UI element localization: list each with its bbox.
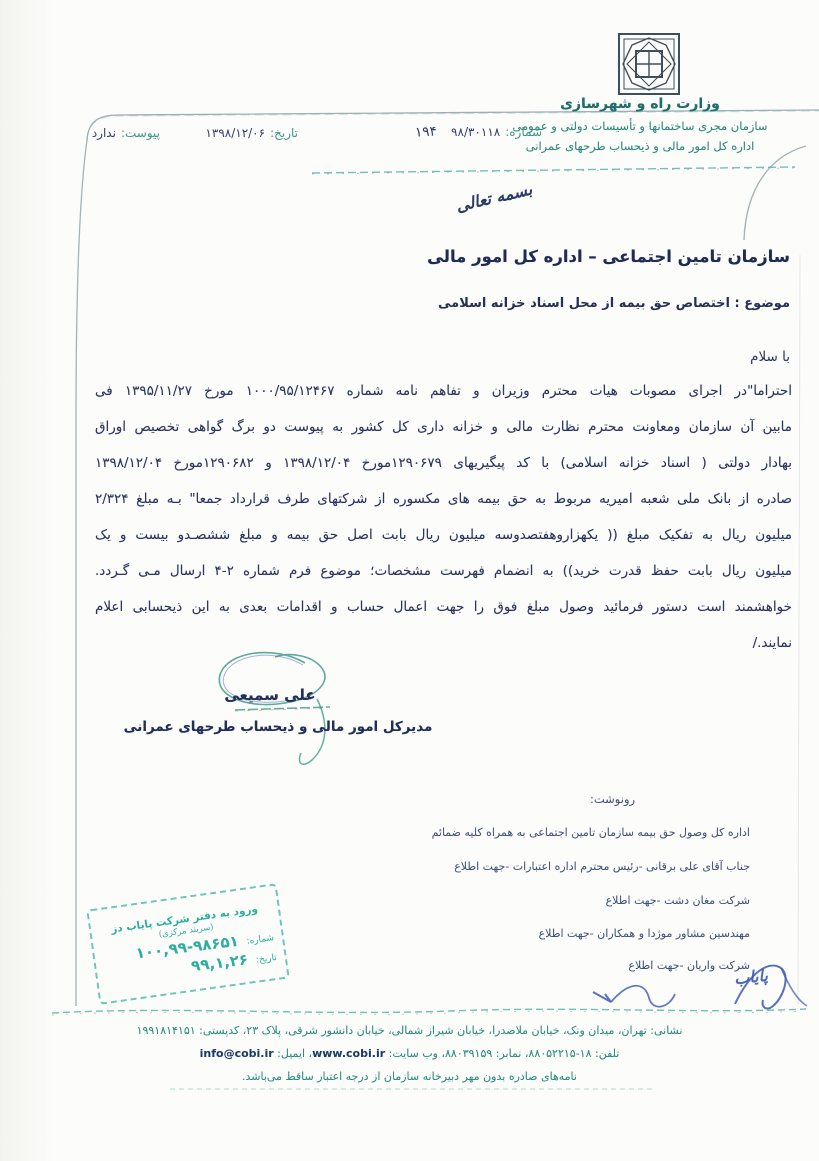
cc-item: شرکت مغان دشت -جهت اطلاع — [300, 894, 750, 907]
letter-number-field: شماره:۹۸/۳۰۱۱۸۱۹۴ — [372, 124, 542, 140]
ministry-emblem-icon — [616, 31, 682, 97]
footer-address: نشانی: تهران، میدان ونک، خیابان ملاصدرا،… — [0, 1024, 819, 1037]
signer-title: مدیرکل امور مالی و ذیحساب طرحهای عمرانی — [120, 719, 436, 735]
cc-item: اداره کل وصول حق بیمه سازمان تامین اجتما… — [300, 826, 750, 839]
stamp-number-label: شماره: — [246, 933, 275, 947]
signature-scribble — [205, 643, 365, 778]
letter-date-field: تاریخ:۱۳۹۸/۱۲/۰۶ — [158, 126, 298, 140]
footer-email-label: ، ایمیل: — [274, 1047, 312, 1060]
body-line: خواهشمند است دستور فرمائید وصول مبلغ فوق… — [95, 599, 792, 631]
body-line: احتراما"در اجرای مصوبات هیات محترم وزیرا… — [95, 383, 792, 415]
date-value: ۱۳۹۸/۱۲/۰۶ — [205, 126, 265, 140]
number-label: شماره: — [505, 125, 542, 139]
footer-email: info@cobi.ir — [200, 1047, 274, 1060]
body-line: مابین آن سازمان ومعاونت محترم نظارت مالی… — [95, 419, 792, 451]
salutation: با سلام — [560, 349, 790, 365]
attachment-label: پیوست: — [121, 126, 160, 140]
cc-item: جناب آقای علی برقانی -رئیس محترم اداره ا… — [300, 860, 750, 873]
letter-attachment-field: پیوست:ندارد — [60, 126, 160, 140]
cc-item: مهندسین مشاور موژدا و همکاران -جهت اطلاع — [300, 927, 750, 940]
body-line: میلیون ریال بابت حفظ قدرت خرید)) به انضم… — [95, 563, 792, 595]
footer-contact: تلفن: ۱۸-۸۸۰۵۲۲۱۵، نمابر: ۸۸۰۳۹۱۵۹، وب س… — [0, 1047, 819, 1060]
date-label: تاریخ: — [270, 126, 298, 140]
footer-disclaimer: نامه‌های صادره بدون مهر دبیرخانه سازمان … — [0, 1070, 819, 1083]
cc-label: رونوشت: — [590, 792, 753, 806]
attachment-value: ندارد — [92, 126, 116, 140]
number-value: ۹۸/۳۰۱۱۸ — [451, 125, 500, 139]
body-line: نمایند./ — [95, 635, 792, 667]
ministry-name: وزارت راه و شهرسازی — [470, 96, 810, 112]
handwritten-number: ۱۹۴ — [415, 123, 438, 140]
recipient-title: سازمان تامین اجتماعی – اداره کل امور مال… — [290, 247, 790, 266]
body-line: میلیون ریال به تفکیک مبلغ (( یکهزاروهفتص… — [95, 527, 792, 559]
footer-phone-fax: تلفن: ۱۸-۸۸۰۵۲۲۱۵، نمابر: ۸۸۰۳۹۱۵۹، وب س… — [385, 1047, 619, 1060]
stamp-date-label: تاریخ: — [255, 952, 277, 965]
body-line: صادره از بانک ملی شعبه امیریه مربوط به ح… — [95, 491, 792, 523]
body-line: بهادار دولتی ( اسناد خزانه اسلامی) با کد… — [95, 455, 792, 487]
department-name: اداره کل امور مالی و ذیحساب طرحهای عمران… — [470, 139, 810, 153]
signer-name: علی سمیعی — [180, 686, 360, 704]
subject-line: موضوع : اختصاص حق بیمه از محل اسناد خزان… — [290, 296, 790, 311]
scanned-letter-page: وزارت راه و شهرسازی سازمان مجری ساختمانه… — [0, 0, 819, 1161]
footer-website: www.cobi.ir — [312, 1047, 385, 1060]
